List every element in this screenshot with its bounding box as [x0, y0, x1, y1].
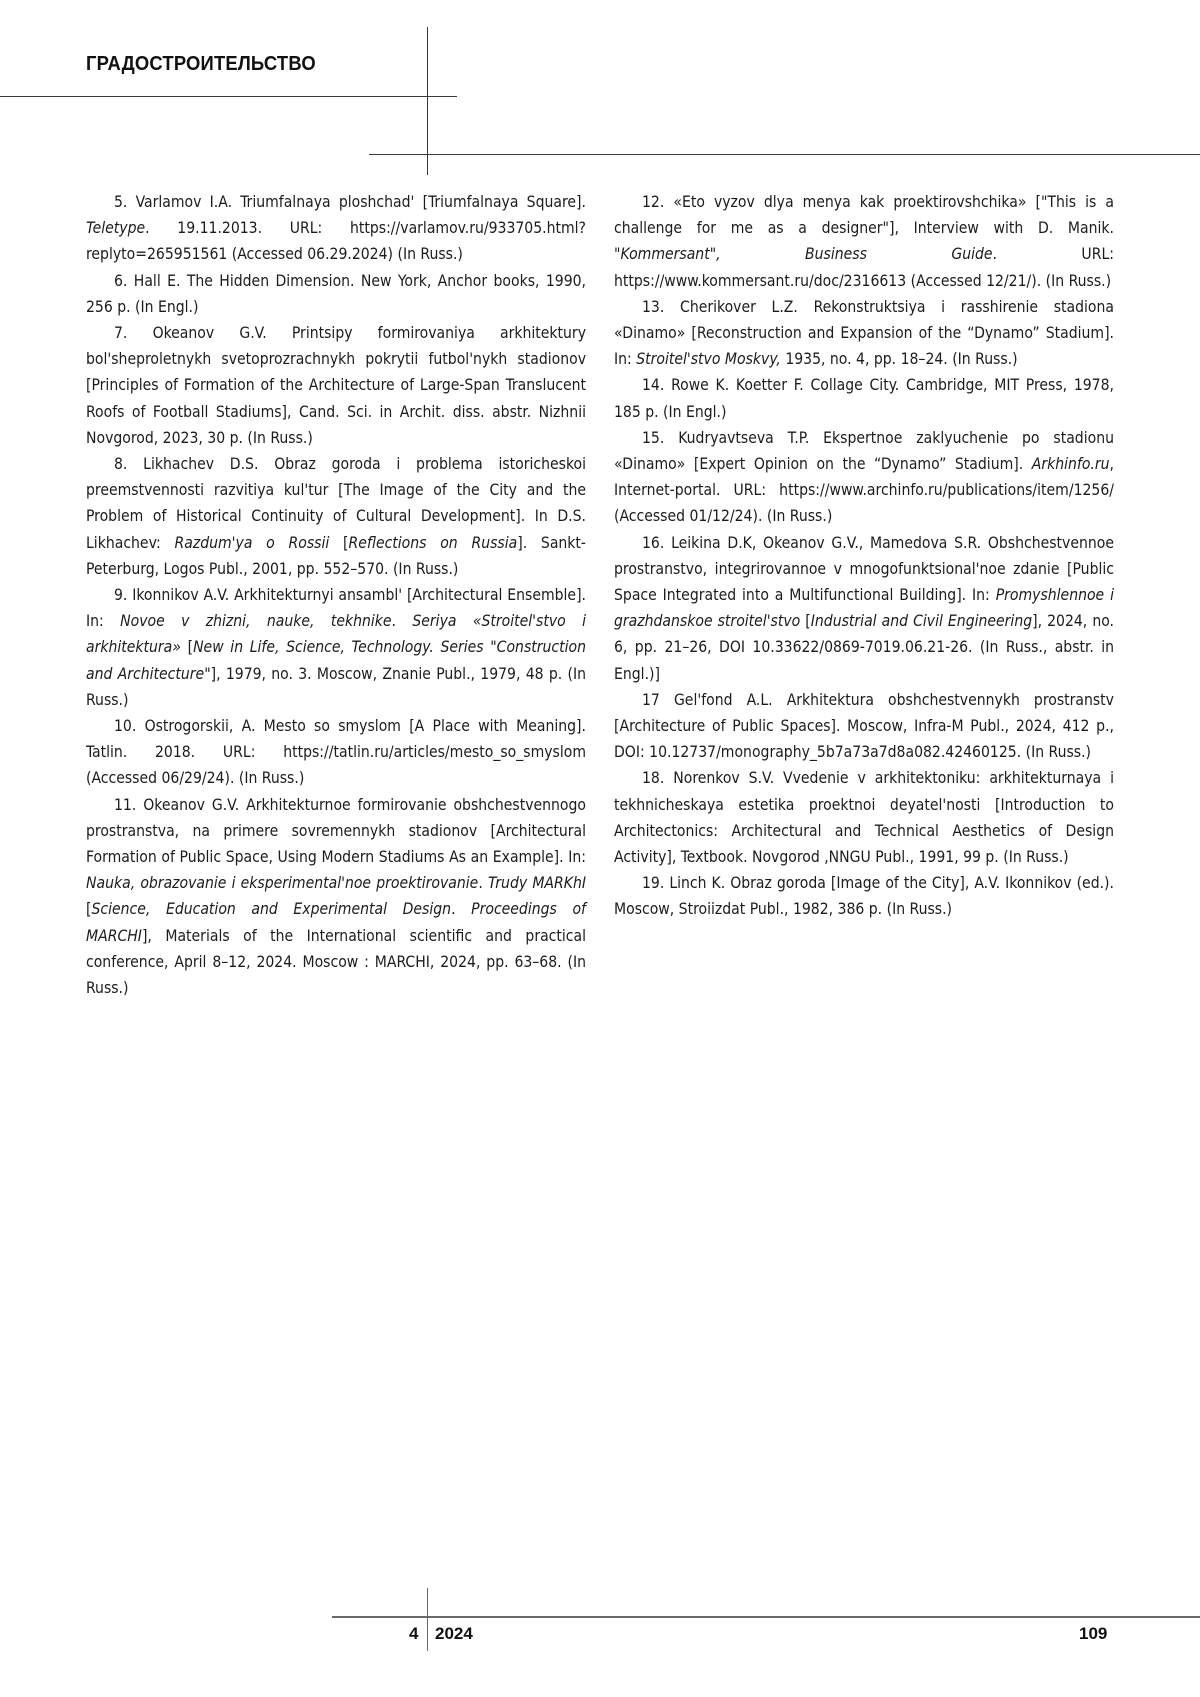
reference-item: 18. Norenkov S.V. Vvedenie v arkhitekton…	[614, 765, 1114, 870]
reference-number: 16.	[642, 534, 664, 552]
reference-text: Hall E. The Hidden Dimension. New York, …	[86, 272, 586, 316]
reference-number: 11.	[114, 796, 136, 814]
reference-item: 13. Cherikover L.Z. Rekonstruktsiya i ra…	[614, 294, 1114, 373]
reference-text: «Eto vyzov dlya menya kak proektirovshch…	[614, 193, 1114, 237]
reference-number: 15.	[642, 429, 664, 447]
section-title: ГРАДОСТРОИТЕЛЬСТВО	[86, 53, 316, 76]
reference-number: 13.	[642, 298, 664, 316]
reference-item: 16. Leikina D.K, Okeanov G.V., Mamedova …	[614, 530, 1114, 687]
reference-number: 14.	[642, 376, 664, 394]
reference-item: 5. Varlamov I.A. Triumfalnaya ploshchad'…	[86, 189, 586, 268]
reference-number: 9.	[114, 586, 127, 604]
references-left-column: 5. Varlamov I.A. Triumfalnaya ploshchad'…	[86, 189, 586, 1001]
header-horizontal-rule-top	[0, 96, 457, 97]
reference-text: [	[800, 612, 811, 630]
reference-number: 12.	[642, 193, 664, 211]
reference-text: [	[329, 534, 348, 552]
reference-item: 9. Ikonnikov A.V. Arkhitekturnyi ansambl…	[86, 582, 586, 713]
reference-item: 8. Likhachev D.S. Obraz goroda i problem…	[86, 451, 586, 582]
reference-item: 17 Gel'fond A.L. Arkhitektura obshchestv…	[614, 687, 1114, 766]
reference-number: 10.	[114, 717, 136, 735]
reference-text: Ostrogorskii, A. Mesto so smyslom [A Pla…	[86, 717, 586, 787]
reference-item: 15. Kudryavtseva T.P. Ekspertnoe zaklyuc…	[614, 425, 1114, 530]
reference-text: . 19.11.2013. URL: https://varlamov.ru/9…	[86, 219, 586, 263]
reference-number: 18.	[642, 769, 664, 787]
reference-italic-text: Stroitel'stvo Moskvy,	[636, 350, 781, 368]
issue-number: 4	[409, 1624, 418, 1644]
reference-item: 14. Rowe K. Koetter F. Collage City. Cam…	[614, 372, 1114, 424]
reference-text: .	[451, 900, 471, 918]
reference-italic-text: Trudy MARKhI	[488, 874, 586, 892]
reference-italic-text: Teletype	[86, 219, 145, 237]
reference-number: 6.	[114, 272, 127, 290]
reference-italic-text: Razdum'ya o Rossii	[175, 534, 330, 552]
reference-text: .	[478, 874, 488, 892]
reference-number: 8.	[114, 455, 127, 473]
reference-text: Linch K. Obraz goroda [Image of the City…	[614, 874, 1114, 918]
page-number: 109	[1079, 1624, 1107, 1644]
reference-text: Rowe K. Koetter F. Collage City. Cambrid…	[614, 376, 1114, 420]
footer-vertical-rule	[427, 1588, 428, 1651]
reference-item: 11. Okeanov G.V. Arkhitekturnoe formirov…	[86, 792, 586, 1002]
issue-year: 2024	[435, 1624, 473, 1644]
reference-text: ], Materials of the International scient…	[86, 927, 586, 997]
reference-text: .	[392, 612, 413, 630]
reference-italic-text: "Kommersant", Business Guide	[614, 245, 993, 263]
reference-item: 7. Okeanov G.V. Printsipy formirovaniya …	[86, 320, 586, 451]
reference-italic-text: Novoe v zhizni, nauke, tekhnike	[120, 612, 391, 630]
header-horizontal-rule-bottom	[369, 154, 1200, 155]
reference-text: [	[181, 638, 193, 656]
reference-text: Varlamov I.A. Triumfalnaya ploshchad' [T…	[136, 193, 586, 211]
reference-text: Norenkov S.V. Vvedenie v arkhitektoniku:…	[614, 769, 1114, 866]
reference-item: 12. «Eto vyzov dlya menya kak proektirov…	[614, 189, 1114, 294]
reference-text: Okeanov G.V. Printsipy formirovaniya ark…	[86, 324, 586, 447]
reference-number: 7.	[114, 324, 127, 342]
reference-italic-text: Industrial and Civil Engineering	[811, 612, 1032, 630]
reference-text: Okeanov G.V. Arkhitekturnoe formirovanie…	[86, 796, 586, 866]
reference-item: 10. Ostrogorskii, A. Mesto so smyslom [A…	[86, 713, 586, 792]
header-vertical-rule	[427, 27, 428, 175]
references-right-column: 12. «Eto vyzov dlya menya kak proektirov…	[614, 189, 1114, 923]
reference-text: 1935, no. 4, pp. 18–24. (In Russ.)	[781, 350, 1018, 368]
reference-italic-text: Nauka, obrazovanie i eksperimental'noe p…	[86, 874, 478, 892]
reference-number: 17	[642, 691, 660, 709]
reference-number: 19.	[642, 874, 664, 892]
reference-italic-text: Science, Education and Experimental Desi…	[91, 900, 451, 918]
reference-item: 19. Linch K. Obraz goroda [Image of the …	[614, 870, 1114, 922]
reference-italic-text: Reflections on Russia	[349, 534, 518, 552]
reference-number: 5.	[114, 193, 127, 211]
footer-horizontal-rule	[332, 1616, 1200, 1618]
reference-text: Gel'fond A.L. Arkhitektura obshchestvenn…	[614, 691, 1114, 761]
reference-italic-text: Arkhinfo.ru	[1032, 455, 1110, 473]
reference-item: 6. Hall E. The Hidden Dimension. New Yor…	[86, 268, 586, 320]
